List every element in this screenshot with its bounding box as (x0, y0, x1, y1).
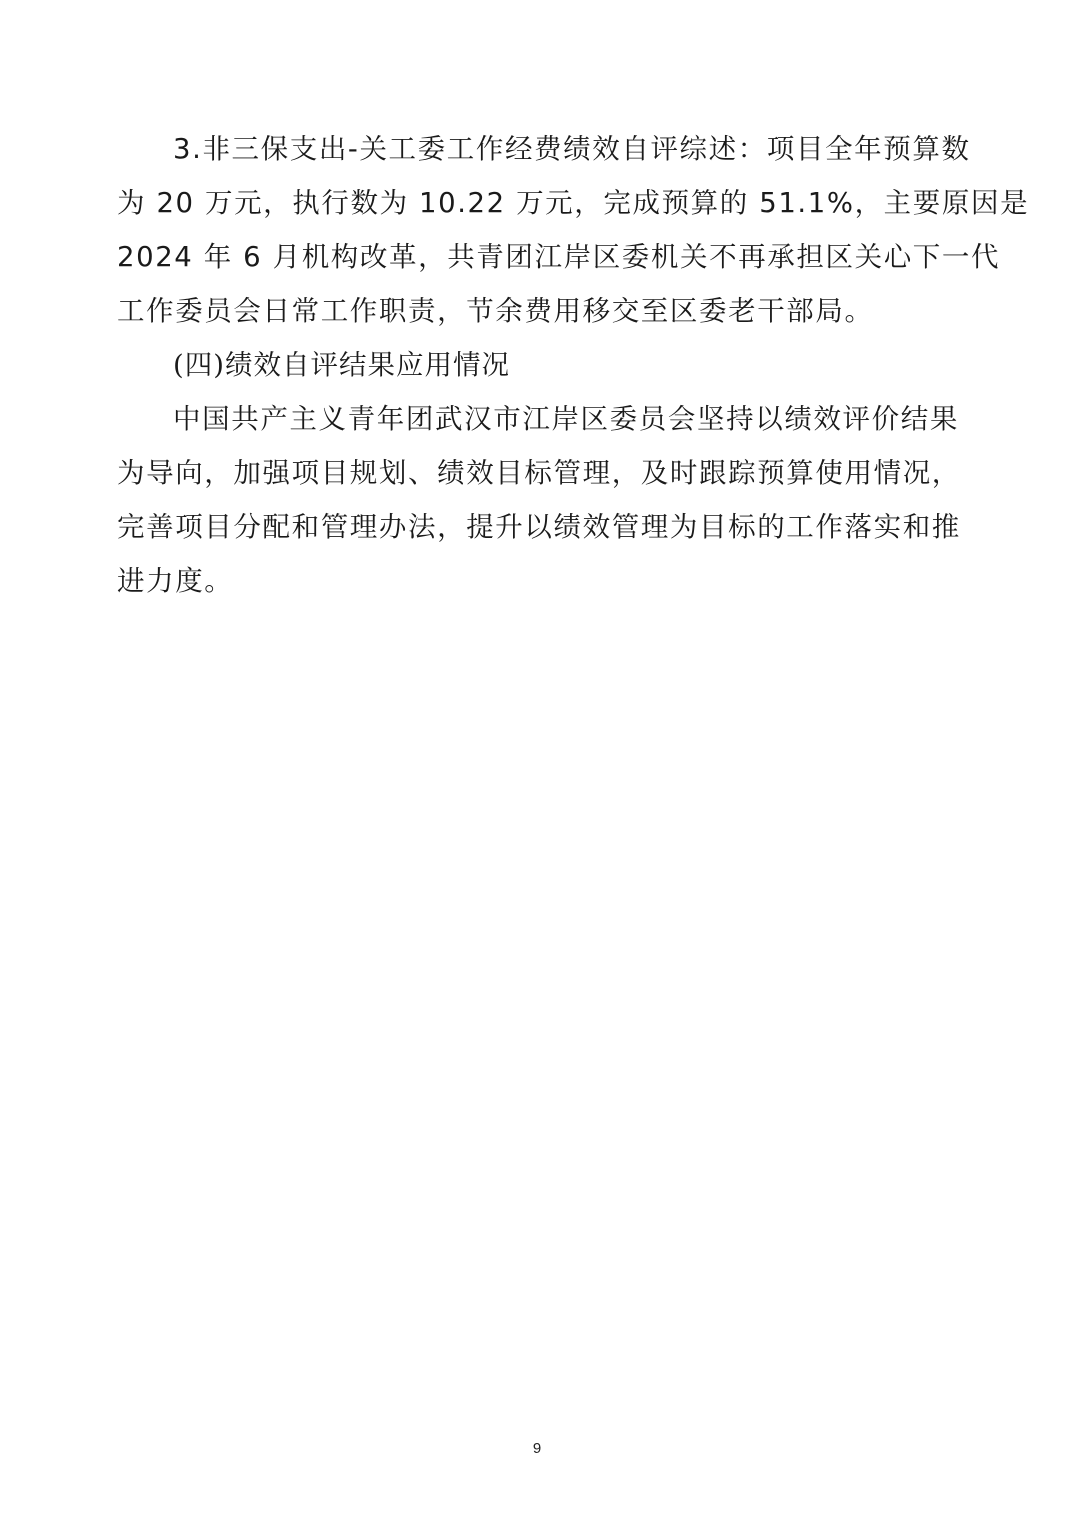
text-line: 工作委员会日常工作职责，节余费用移交至区委老干部局。 (117, 284, 959, 338)
text-line: 为 20 万元，执行数为 10.22 万元，完成预算的 51.1%，主要原因是 (117, 176, 959, 230)
section-heading: (四)绩效自评结果应用情况 (117, 338, 959, 392)
text-line: 进力度。 (117, 554, 959, 608)
text-line: 2024 年 6 月机构改革，共青团江岸区委机关不再承担区关心下一代 (117, 230, 959, 284)
text-line: 为导向，加强项目规划、绩效目标管理，及时跟踪预算使用情况， (117, 446, 959, 500)
text-line: 中国共产主义青年团武汉市江岸区委员会坚持以绩效评价结果 (117, 392, 959, 446)
paragraph-results-application: 中国共产主义青年团武汉市江岸区委员会坚持以绩效评价结果 为导向，加强项目规划、绩… (117, 392, 959, 608)
document-page: 3.非三保支出-关工委工作经费绩效自评综述：项目全年预算数 为 20 万元，执行… (0, 0, 1074, 1520)
document-body: 3.非三保支出-关工委工作经费绩效自评综述：项目全年预算数 为 20 万元，执行… (117, 122, 959, 608)
page-number: 9 (0, 1440, 1074, 1457)
text-line: 3.非三保支出-关工委工作经费绩效自评综述：项目全年预算数 (117, 122, 959, 176)
text-line: 完善项目分配和管理办法，提升以绩效管理为目标的工作落实和推 (117, 500, 959, 554)
paragraph-project-summary: 3.非三保支出-关工委工作经费绩效自评综述：项目全年预算数 为 20 万元，执行… (117, 122, 959, 338)
